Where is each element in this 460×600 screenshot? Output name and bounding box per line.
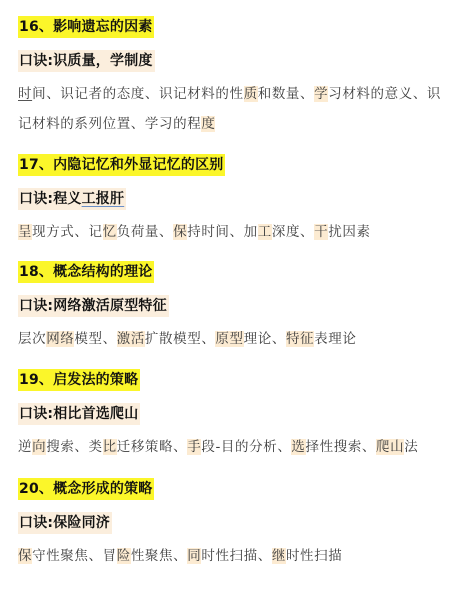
- body-segment: 持时间、加: [187, 224, 258, 240]
- body-segment: 时性扫描: [286, 548, 342, 564]
- section-16: 16、影响遗忘的因素 口诀:识质量，学制度 时间、识记者的态度、识记材料的性质和…: [18, 16, 448, 139]
- mnemonic: 口诀:程义工报肝: [18, 188, 126, 210]
- keyword-highlight: 选: [291, 439, 305, 455]
- keyword-highlight: 工: [258, 224, 272, 240]
- section-heading: 18、概念结构的理论: [18, 261, 154, 283]
- mnemonic-text: 相比首选爬山: [53, 406, 138, 422]
- keyword-highlight: 度: [201, 116, 215, 132]
- section-heading: 16、影响遗忘的因素: [18, 16, 154, 38]
- body-segment: 模型、: [74, 331, 116, 347]
- body-segment: 段-目的分析、: [201, 439, 291, 455]
- mnemonic-prefix: 口诀:: [19, 191, 53, 207]
- section-heading: 19、启发法的策略: [18, 369, 140, 391]
- mnemonic: 口诀:网络激活原型特征: [18, 295, 169, 317]
- mnemonic-prefix: 口诀:: [19, 298, 53, 314]
- body-segment: 守性聚焦、冒: [32, 548, 117, 564]
- body-segment: 表理论: [314, 331, 356, 347]
- body-segment: 性聚焦、: [131, 548, 187, 564]
- mnemonic-prefix: 口诀:: [19, 53, 53, 69]
- keyword-highlight: 保: [18, 548, 32, 564]
- keyword-highlight: 学: [314, 86, 328, 102]
- keyword-highlight: 向: [32, 439, 46, 455]
- body-segment: 深度、: [272, 224, 314, 240]
- body-segment: 择性搜索、: [306, 439, 377, 455]
- section-heading: 20、概念形成的策略: [18, 478, 154, 500]
- body-segment: 时: [18, 86, 32, 102]
- section-20: 20、概念形成的策略 口诀:保险同济 保守性聚焦、冒险性聚焦、同时性扫描、继时性…: [18, 478, 448, 571]
- body-segment: 时性扫描、: [201, 548, 272, 564]
- mnemonic-prefix: 口诀:: [19, 406, 53, 422]
- keyword-highlight: 手: [187, 439, 201, 455]
- mnemonic: 口诀:相比首选爬山: [18, 403, 140, 425]
- mnemonic-text: 识质量，学制度: [53, 53, 152, 69]
- body-segment: 层次: [18, 331, 46, 347]
- body-segment: 扰因素: [328, 224, 370, 240]
- section-18: 18、概念结构的理论 口诀:网络激活原型特征 层次网络模型、激活扩散模型、原型理…: [18, 261, 448, 354]
- mnemonic-text: 程义: [53, 191, 81, 207]
- section-body: 呈现方式、记忆负荷量、保持时间、加工深度、干扰因素: [18, 217, 448, 247]
- keyword-highlight: 忆: [103, 224, 117, 240]
- keyword-highlight: 保: [173, 224, 187, 240]
- body-segment: 扩散模型、: [145, 331, 216, 347]
- keyword-highlight: 原型: [215, 331, 243, 347]
- section-heading: 17、内隐记忆和外显记忆的区别: [18, 154, 225, 176]
- mnemonic-text: 保险同济: [53, 515, 110, 531]
- keyword-highlight: 继: [272, 548, 286, 564]
- body-segment: 搜索、类: [46, 439, 102, 455]
- mnemonic-text: 网络激活原型特征: [53, 298, 167, 314]
- body-segment: 理论、: [244, 331, 286, 347]
- keyword-highlight: 干: [314, 224, 328, 240]
- keyword-highlight: 险: [117, 548, 131, 564]
- section-body: 逆向搜索、类比迁移策略、手段-目的分析、选择性搜索、爬山法: [18, 432, 448, 462]
- keyword-highlight: 网络: [46, 331, 74, 347]
- mnemonic: 口诀:保险同济: [18, 512, 112, 534]
- body-segment: 迁移策略、: [117, 439, 188, 455]
- body-segment: 间、识记者的态度、识记材料的性: [32, 86, 244, 102]
- keyword-highlight: 质: [244, 86, 258, 102]
- keyword-highlight: 呈: [18, 224, 32, 240]
- body-segment: 和数量、: [258, 86, 314, 102]
- keyword-highlight: 激活: [117, 331, 145, 347]
- section-19: 19、启发法的策略 口诀:相比首选爬山 逆向搜索、类比迁移策略、手段-目的分析、…: [18, 369, 448, 462]
- keyword-highlight: 同: [187, 548, 201, 564]
- body-segment: 逆: [18, 439, 32, 455]
- section-body: 时间、识记者的态度、识记材料的性质和数量、学习材料的意义、识记材料的系列位置、学…: [18, 79, 448, 139]
- body-segment: 负荷量、: [117, 224, 173, 240]
- keyword-highlight: 爬山: [376, 439, 404, 455]
- keyword-highlight: 特征: [286, 331, 314, 347]
- mnemonic-text-underlined: 工报肝: [82, 191, 125, 207]
- mnemonic-prefix: 口诀:: [19, 515, 53, 531]
- section-body: 保守性聚焦、冒险性聚焦、同时性扫描、继时性扫描: [18, 541, 448, 571]
- section-17: 17、内隐记忆和外显记忆的区别 口诀:程义工报肝 呈现方式、记忆负荷量、保持时间…: [18, 154, 448, 247]
- section-body: 层次网络模型、激活扩散模型、原型理论、特征表理论: [18, 324, 448, 354]
- keyword-highlight: 比: [103, 439, 117, 455]
- mnemonic: 口诀:识质量，学制度: [18, 50, 155, 72]
- body-segment: 现方式、记: [32, 224, 103, 240]
- body-segment: 法: [404, 439, 418, 455]
